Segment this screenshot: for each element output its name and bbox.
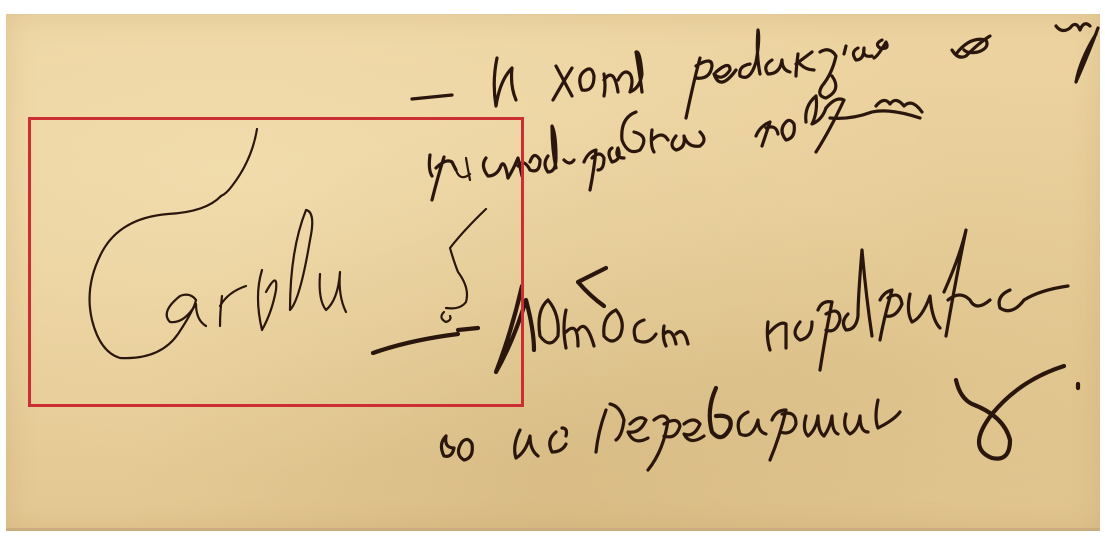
handwritten-line-1 — [412, 24, 1098, 118]
handwritten-line-5 — [441, 366, 1078, 470]
annotation-bounding-box — [28, 117, 524, 407]
handwritten-line-4 — [458, 230, 1068, 372]
